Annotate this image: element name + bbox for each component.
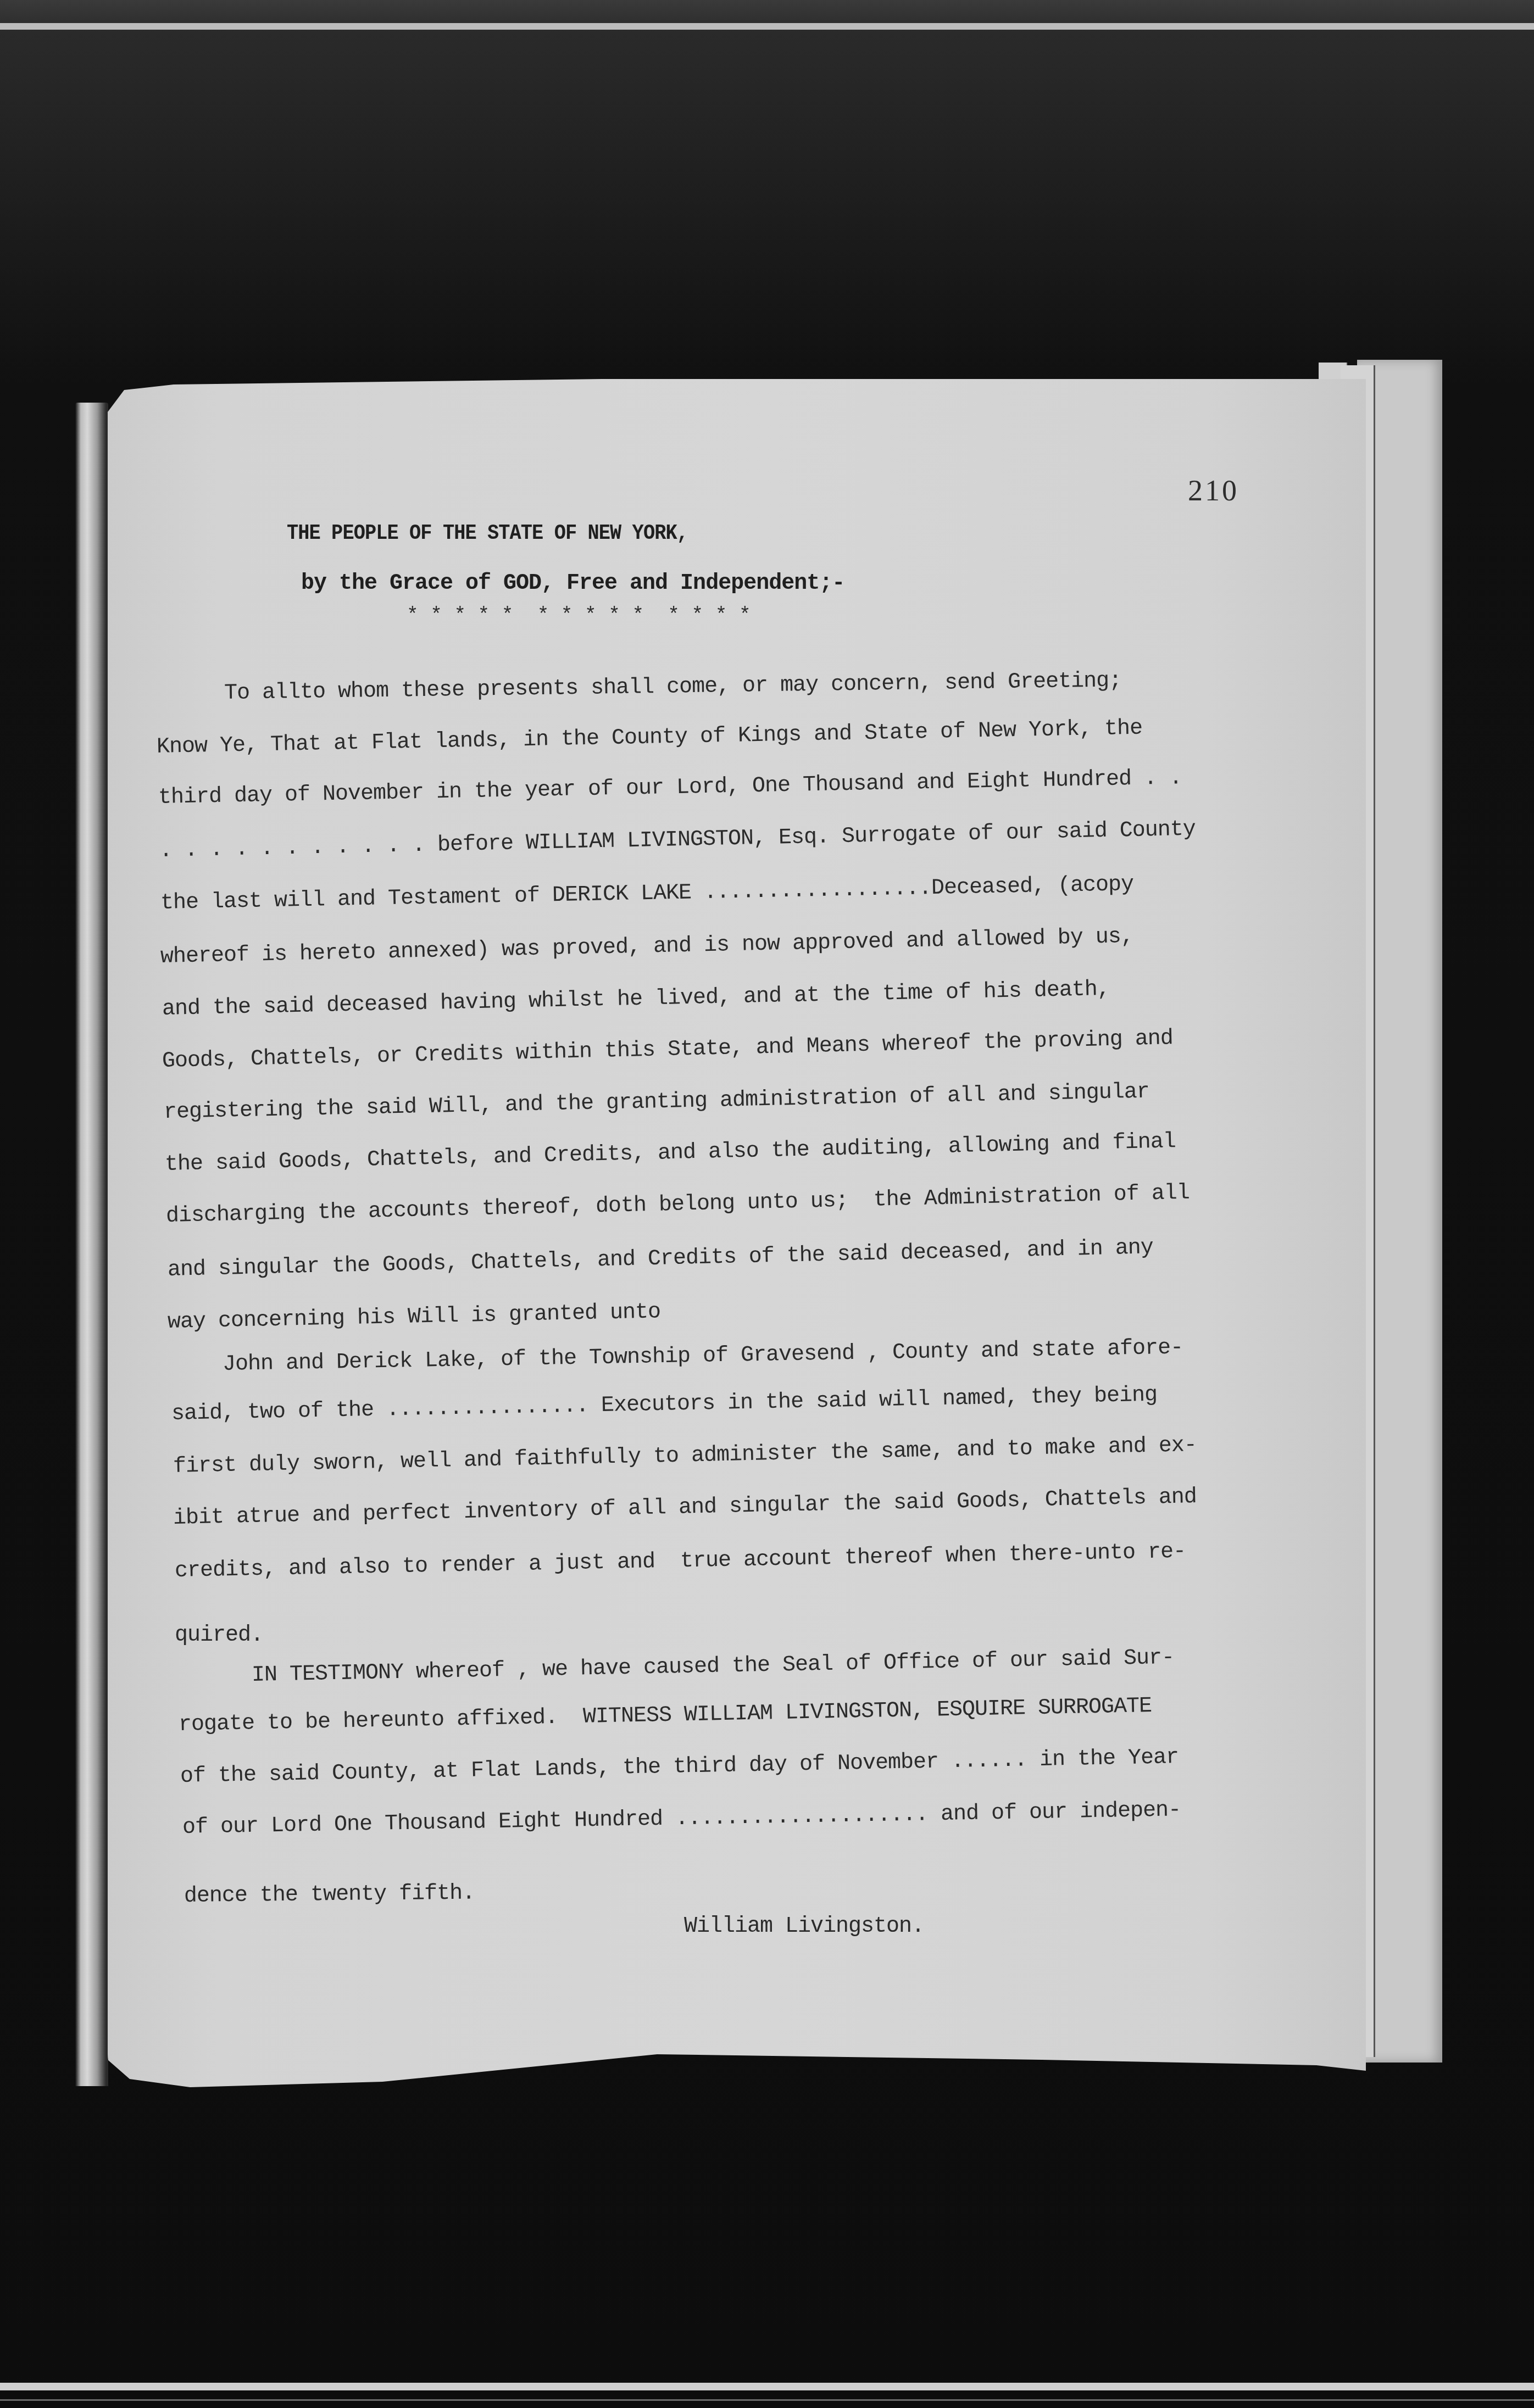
film-edge-top (0, 23, 1534, 30)
heading-line-1: THE PEOPLE OF THE STATE OF NEW YORK, (287, 522, 688, 545)
book-binding (75, 403, 108, 2086)
page-number: 210 (1188, 473, 1239, 508)
film-edge-line (0, 2399, 1534, 2401)
film-edge-bottom (0, 2383, 1534, 2390)
body-line: quired. (175, 1623, 263, 1648)
heading-stars: * * * * * * * * * * * * * * (407, 604, 751, 627)
signature: William Livingston. (684, 1914, 924, 1939)
body-line: dence the twenty fifth. (184, 1881, 475, 1909)
heading-line-2: by the Grace of GOD, Free and Independen… (301, 571, 844, 596)
microfilm-scan: 210 THE PEOPLE OF THE STATE OF NEW YORK,… (0, 0, 1534, 2408)
